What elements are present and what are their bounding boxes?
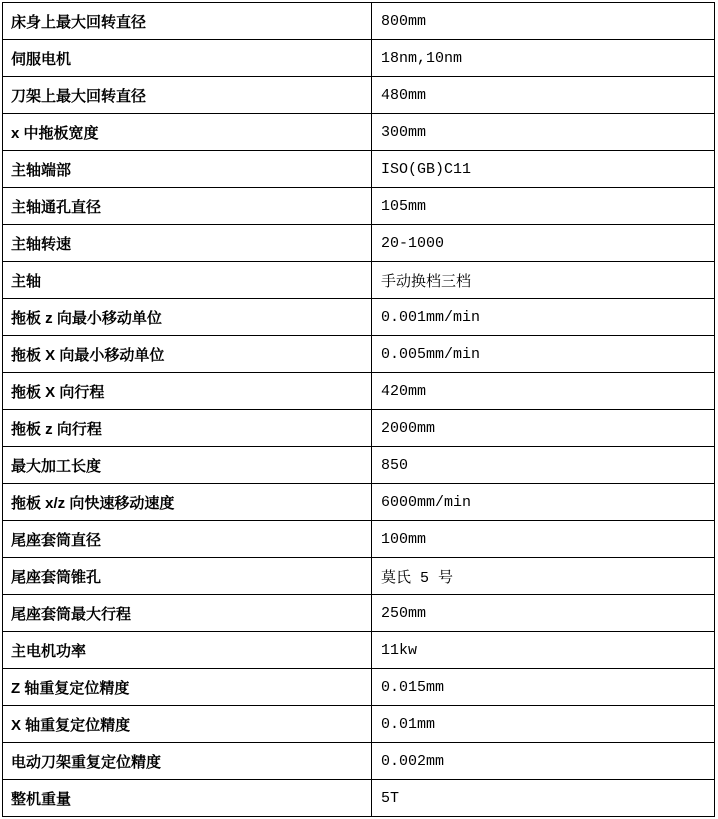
table-row: 主轴转速 20-1000: [3, 225, 715, 262]
spec-value: 20-1000: [372, 225, 715, 262]
table-row: 尾座套筒锥孔 莫氏 5 号: [3, 558, 715, 595]
spec-label: 主轴: [3, 262, 372, 299]
table-row: X 轴重复定位精度 0.01mm: [3, 706, 715, 743]
spec-label: 主轴转速: [3, 225, 372, 262]
table-row: 拖板 x/z 向快速移动速度 6000mm/min: [3, 484, 715, 521]
spec-label: X 轴重复定位精度: [3, 706, 372, 743]
table-row: 最大加工长度 850: [3, 447, 715, 484]
spec-value: 0.001mm/min: [372, 299, 715, 336]
table-row: x 中拖板宽度 300mm: [3, 114, 715, 151]
spec-value: 5T: [372, 780, 715, 817]
table-row: 尾座套筒最大行程 250mm: [3, 595, 715, 632]
spec-value: 300mm: [372, 114, 715, 151]
spec-label: 尾座套筒锥孔: [3, 558, 372, 595]
table-row: 伺服电机 18nm,10nm: [3, 40, 715, 77]
spec-value: 0.002mm: [372, 743, 715, 780]
table-row: 拖板 z 向行程 2000mm: [3, 410, 715, 447]
table-row: 主电机功率 11kw: [3, 632, 715, 669]
spec-label: 拖板 X 向最小移动单位: [3, 336, 372, 373]
spec-value: 250mm: [372, 595, 715, 632]
table-row: 电动刀架重复定位精度 0.002mm: [3, 743, 715, 780]
spec-value: 850: [372, 447, 715, 484]
table-row: 尾座套筒直径 100mm: [3, 521, 715, 558]
spec-value: 100mm: [372, 521, 715, 558]
spec-label: 主轴通孔直径: [3, 188, 372, 225]
spec-label: 拖板 X 向行程: [3, 373, 372, 410]
table-row: 拖板 z 向最小移动单位 0.001mm/min: [3, 299, 715, 336]
table-row: 床身上最大回转直径 800mm: [3, 3, 715, 40]
spec-label: 拖板 x/z 向快速移动速度: [3, 484, 372, 521]
spec-table-container: 床身上最大回转直径 800mm 伺服电机 18nm,10nm 刀架上最大回转直径…: [2, 2, 716, 817]
spec-label: 整机重量: [3, 780, 372, 817]
spec-label: 刀架上最大回转直径: [3, 77, 372, 114]
spec-value: 6000mm/min: [372, 484, 715, 521]
spec-value: 18nm,10nm: [372, 40, 715, 77]
spec-label: 拖板 z 向行程: [3, 410, 372, 447]
spec-label: 主轴端部: [3, 151, 372, 188]
spec-label: 主电机功率: [3, 632, 372, 669]
spec-label: x 中拖板宽度: [3, 114, 372, 151]
table-row: 拖板 X 向最小移动单位 0.005mm/min: [3, 336, 715, 373]
spec-value: 0.005mm/min: [372, 336, 715, 373]
table-row: 拖板 X 向行程 420mm: [3, 373, 715, 410]
spec-value: ISO(GB)C11: [372, 151, 715, 188]
spec-label: 尾座套筒最大行程: [3, 595, 372, 632]
spec-label: 电动刀架重复定位精度: [3, 743, 372, 780]
spec-label: Z 轴重复定位精度: [3, 669, 372, 706]
machine-spec-table: 床身上最大回转直径 800mm 伺服电机 18nm,10nm 刀架上最大回转直径…: [2, 2, 715, 817]
spec-value: 手动换档三档: [372, 262, 715, 299]
spec-label: 伺服电机: [3, 40, 372, 77]
spec-value: 2000mm: [372, 410, 715, 447]
spec-value: 800mm: [372, 3, 715, 40]
spec-label: 拖板 z 向最小移动单位: [3, 299, 372, 336]
spec-value: 480mm: [372, 77, 715, 114]
spec-label: 床身上最大回转直径: [3, 3, 372, 40]
spec-value: 105mm: [372, 188, 715, 225]
spec-value: 0.01mm: [372, 706, 715, 743]
spec-label: 尾座套筒直径: [3, 521, 372, 558]
table-row: Z 轴重复定位精度 0.015mm: [3, 669, 715, 706]
table-row: 主轴 手动换档三档: [3, 262, 715, 299]
spec-value: 莫氏 5 号: [372, 558, 715, 595]
table-row: 主轴通孔直径 105mm: [3, 188, 715, 225]
spec-table-body: 床身上最大回转直径 800mm 伺服电机 18nm,10nm 刀架上最大回转直径…: [3, 3, 715, 817]
table-row: 整机重量 5T: [3, 780, 715, 817]
table-row: 刀架上最大回转直径 480mm: [3, 77, 715, 114]
spec-value: 420mm: [372, 373, 715, 410]
spec-value: 11kw: [372, 632, 715, 669]
spec-value: 0.015mm: [372, 669, 715, 706]
table-row: 主轴端部 ISO(GB)C11: [3, 151, 715, 188]
spec-label: 最大加工长度: [3, 447, 372, 484]
